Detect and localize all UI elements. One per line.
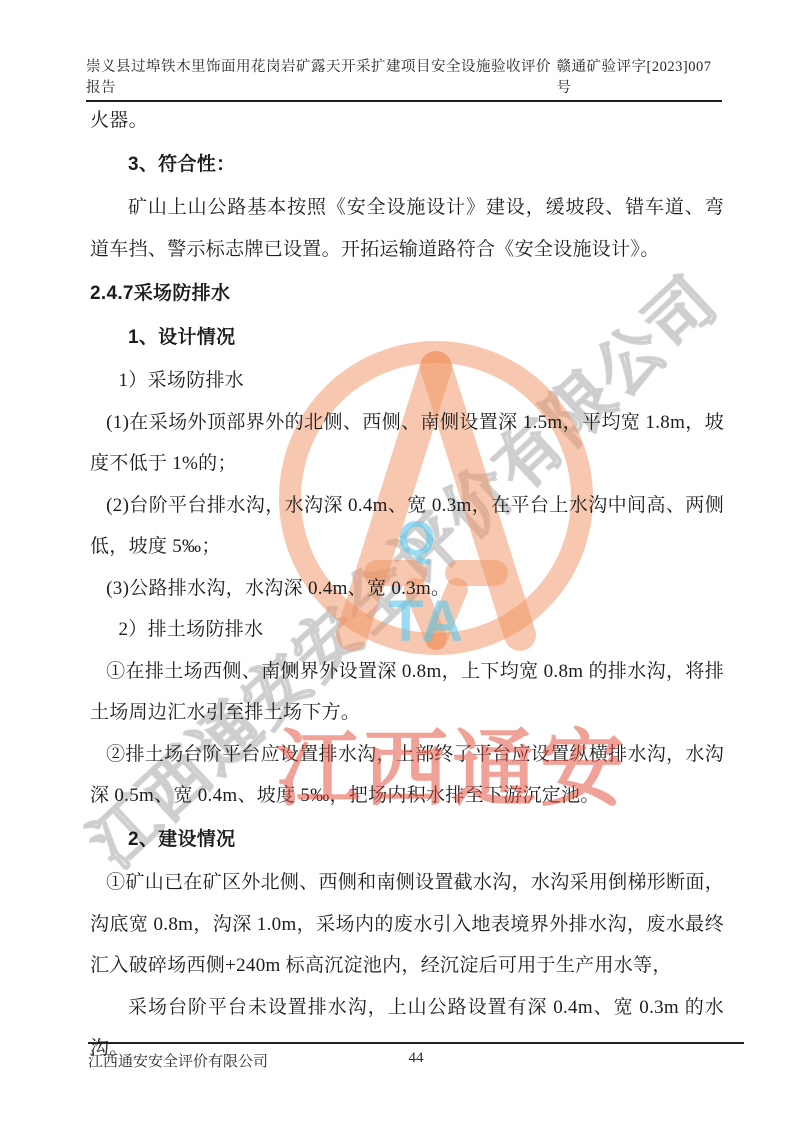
- heading-conformity: 3、符合性：: [90, 144, 724, 186]
- document-body: 火器。 3、符合性： 矿山上山公路基本按照《安全设施设计》建设，缓坡段、错车道、…: [90, 100, 724, 1070]
- paragraph-design-item-3: (3)公路排水沟，水沟深 0.4m、宽 0.3m。: [90, 568, 724, 610]
- heading-design-situation: 1、设计情况: [90, 317, 724, 359]
- paragraph-conformity: 矿山上山公路基本按照《安全设施设计》建设，缓坡段、错车道、弯道车挡、警示标志牌已…: [90, 187, 724, 270]
- paragraph-construction-item-2: 采场台阶平台未设置排水沟，上山公路设置有深 0.4m、宽 0.3m 的水沟。: [90, 987, 724, 1070]
- paragraph-continuation: 火器。: [90, 100, 724, 142]
- page-header: 崇义县过埠铁木里饰面用花岗岩矿露天开采扩建项目安全设施验收评价报告 赣通矿验评字…: [86, 55, 722, 102]
- header-doc-number: 赣通矿验评字[2023]007 号: [557, 55, 722, 97]
- heading-construction-situation: 2、建设情况: [90, 819, 724, 861]
- document-page: 江西通安安全评价有限公司 Q TA 崇义县过埠铁木里饰面用花岗岩矿露天开采扩建项…: [0, 0, 800, 1131]
- heading-section-2-4-7: 2.4.7采场防排水: [90, 273, 724, 315]
- paragraph-design-item-1: (1)在采场外顶部界外的北侧、西侧、南侧设置深 1.5m，平均宽 1.8m，坡度…: [90, 402, 724, 485]
- paragraph-dump-item-2: ②排土场台阶平台应设置排水沟，上部终了平台应设置纵横排水沟，水沟深 0.5m、宽…: [90, 734, 724, 817]
- paragraph-dump-item-1: ①在排土场西侧、南侧界外设置深 0.8m，上下均宽 0.8m 的排水沟，将排土场…: [90, 651, 724, 734]
- header-report-title: 崇义县过埠铁木里饰面用花岗岩矿露天开采扩建项目安全设施验收评价报告: [86, 55, 557, 97]
- subheading-pit-drainage: 1）采场防排水: [90, 360, 724, 402]
- paragraph-design-item-2: (2)台阶平台排水沟，水沟深 0.4m、宽 0.3m，在平台上水沟中间高、两侧低…: [90, 485, 724, 568]
- subheading-dump-drainage: 2）排土场防排水: [90, 609, 724, 651]
- paragraph-construction-item-1: ①矿山已在矿区外北侧、西侧和南侧设置截水沟，水沟采用倒梯形断面，沟底宽 0.8m…: [90, 862, 724, 987]
